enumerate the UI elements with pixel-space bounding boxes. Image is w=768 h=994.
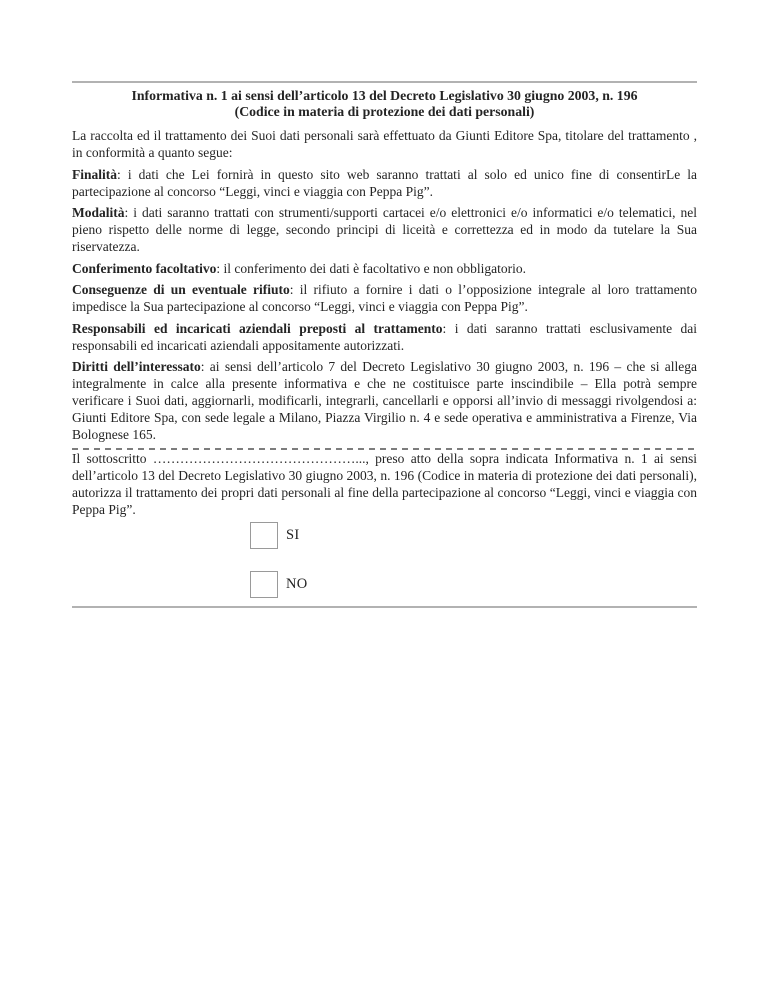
paragraph-diritti-lead: Diritti dell’interessato [72,359,201,374]
paragraph-finalita-text: : i dati che Lei fornirà in questo sito … [72,167,697,199]
paragraph-conferimento: Conferimento facoltativo: il conferiment… [72,260,697,277]
no-checkbox[interactable] [250,571,278,598]
paragraph-conseguenze: Conseguenze di un eventuale rifiuto: il … [72,281,697,315]
privacy-form-page: Informativa n. 1 ai sensi dell’articolo … [0,0,768,994]
choice-row-si: SI [250,522,697,549]
no-label: NO [286,576,308,593]
paragraph-conferimento-text: : il conferimento dei dati è facoltativo… [216,261,526,276]
si-checkbox[interactable] [250,522,278,549]
paragraph-conseguenze-lead: Conseguenze di un eventuale rifiuto [72,282,290,297]
paragraph-responsabili-lead: Responsabili ed incaricati aziendali pre… [72,321,443,336]
document-title-line1: Informativa n. 1 ai sensi dell’articolo … [72,88,697,104]
paragraph-intro: La raccolta ed il trattamento dei Suoi d… [72,127,697,161]
consent-paragraph: Il sottoscritto ………………………………………..., pres… [72,450,697,518]
paragraph-finalita-lead: Finalità [72,167,117,182]
document-title-line2: (Codice in materia di protezione dei dat… [72,104,697,120]
paragraph-finalita: Finalità: i dati che Lei fornirà in ques… [72,166,697,200]
bottom-rule [72,606,697,608]
paragraph-diritti: Diritti dell’interessato: ai sensi dell’… [72,358,697,443]
document-title: Informativa n. 1 ai sensi dell’articolo … [72,88,697,120]
paragraph-responsabili: Responsabili ed incaricati aziendali pre… [72,320,697,354]
consent-text: Il sottoscritto ………………………………………..., pres… [72,451,697,517]
si-label: SI [286,527,300,544]
paragraph-modalita: Modalità: i dati saranno trattati con st… [72,204,697,255]
paragraph-modalita-text: : i dati saranno trattati con strumenti/… [72,205,697,254]
choice-row-no: NO [250,571,697,598]
document-content: Informativa n. 1 ai sensi dell’articolo … [0,81,768,608]
paragraph-intro-text: La raccolta ed il trattamento dei Suoi d… [72,128,697,160]
top-rule [72,81,697,83]
paragraph-modalita-lead: Modalità [72,205,125,220]
paragraph-conferimento-lead: Conferimento facoltativo [72,261,216,276]
